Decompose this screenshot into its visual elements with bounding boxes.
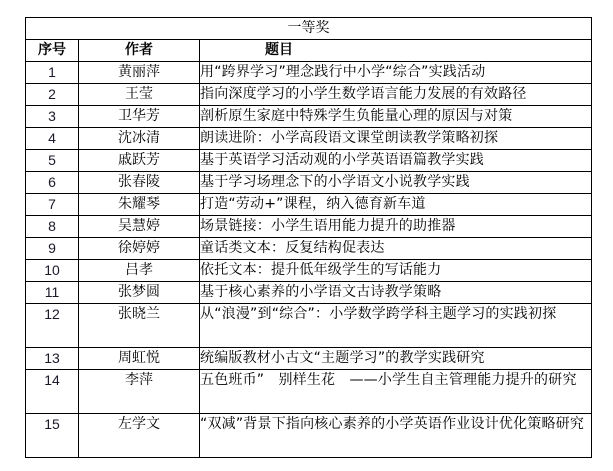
cell-title: 童话类文本：反复结构促表达 xyxy=(200,238,592,260)
award-table: 一等奖 序号 作者 题目 1 黄丽萍 用“跨界学习”理念践行中小学“综合”实践活… xyxy=(25,17,592,458)
table-row: 8 吴慧婷 场景链接：小学生语用能力提升的助推器 xyxy=(26,216,592,238)
cell-no: 8 xyxy=(26,216,79,238)
cell-author: 朱耀琴 xyxy=(79,194,200,216)
cell-title: 朗读进阶：小学高段语文课堂朗读教学策略初探 xyxy=(200,128,592,150)
table-row: 5 戚跃芳 基于英语学习活动观的小学英语语篇教学实践 xyxy=(26,150,592,172)
cell-title: 基于英语学习活动观的小学英语语篇教学实践 xyxy=(200,150,592,172)
cell-title: 场景链接：小学生语用能力提升的助推器 xyxy=(200,216,592,238)
cell-title: 打造“劳动+”课程，纳入德育新车道 xyxy=(200,194,592,216)
cell-title: 五色班币” 别样生花 ——小学生自主管理能力提升的研究 xyxy=(200,370,592,414)
header-title: 题目 xyxy=(200,40,592,62)
cell-no: 3 xyxy=(26,106,79,128)
table-row: 2 王莹 指向深度学习的小学生数学语言能力发展的有效路径 xyxy=(26,84,592,106)
cell-no: 1 xyxy=(26,62,79,84)
header-row: 序号 作者 题目 xyxy=(26,40,592,62)
table-row: 7 朱耀琴 打造“劳动+”课程，纳入德育新车道 xyxy=(26,194,592,216)
table-row: 6 张春陵 基于学习场理念下的小学语文小说教学实践 xyxy=(26,172,592,194)
caption-row: 一等奖 xyxy=(26,18,592,40)
cell-author: 沈冰清 xyxy=(79,128,200,150)
cell-title: “双减”背景下指向核心素养的小学英语作业设计优化策略研究 xyxy=(200,414,592,458)
cell-no: 10 xyxy=(26,260,79,282)
cell-author: 吴慧婷 xyxy=(79,216,200,238)
table-row: 12 张晓兰 从“浪漫”到“综合”：小学数学跨学科主题学习的实践初探 xyxy=(26,304,592,348)
cell-no: 14 xyxy=(26,370,79,414)
cell-no: 2 xyxy=(26,84,79,106)
table-row: 3 卫华芳 剖析原生家庭中特殊学生负能量心理的原因与对策 xyxy=(26,106,592,128)
cell-author: 周虹悦 xyxy=(79,348,200,370)
cell-no: 5 xyxy=(26,150,79,172)
cell-author: 王莹 xyxy=(79,84,200,106)
table-row: 9 徐婷婷 童话类文本：反复结构促表达 xyxy=(26,238,592,260)
cell-no: 4 xyxy=(26,128,79,150)
table-row: 15 左学文 “双减”背景下指向核心素养的小学英语作业设计优化策略研究 xyxy=(26,414,592,458)
cell-author: 黄丽萍 xyxy=(79,62,200,84)
cell-title: 依托文本：提升低年级学生的写话能力 xyxy=(200,260,592,282)
table-row: 11 张梦圆 基于核心素养的小学语文古诗教学策略 xyxy=(26,282,592,304)
cell-author: 左学文 xyxy=(79,414,200,458)
cell-author: 张梦圆 xyxy=(79,282,200,304)
cell-no: 12 xyxy=(26,304,79,348)
cell-title: 指向深度学习的小学生数学语言能力发展的有效路径 xyxy=(200,84,592,106)
cell-no: 9 xyxy=(26,238,79,260)
cell-no: 15 xyxy=(26,414,79,458)
header-author: 作者 xyxy=(79,40,200,62)
cell-no: 13 xyxy=(26,348,79,370)
cell-title: 从“浪漫”到“综合”：小学数学跨学科主题学习的实践初探 xyxy=(200,304,592,348)
table-row: 13 周虹悦 统编版教材小古文“主题学习”的教学实践研究 xyxy=(26,348,592,370)
cell-title: 统编版教材小古文“主题学习”的教学实践研究 xyxy=(200,348,592,370)
cell-author: 吕孝 xyxy=(79,260,200,282)
cell-author: 徐婷婷 xyxy=(79,238,200,260)
table-row: 10 吕孝 依托文本：提升低年级学生的写话能力 xyxy=(26,260,592,282)
table-body: 1 黄丽萍 用“跨界学习”理念践行中小学“综合”实践活动 2 王莹 指向深度学习… xyxy=(26,62,592,458)
cell-author: 卫华芳 xyxy=(79,106,200,128)
cell-title: 用“跨界学习”理念践行中小学“综合”实践活动 xyxy=(200,62,592,84)
cell-author: 李萍 xyxy=(79,370,200,414)
cell-author: 张晓兰 xyxy=(79,304,200,348)
table-row: 1 黄丽萍 用“跨界学习”理念践行中小学“综合”实践活动 xyxy=(26,62,592,84)
cell-author: 戚跃芳 xyxy=(79,150,200,172)
cell-title: 基于学习场理念下的小学语文小说教学实践 xyxy=(200,172,592,194)
header-no: 序号 xyxy=(26,40,79,62)
table-row: 14 李萍 五色班币” 别样生花 ——小学生自主管理能力提升的研究 xyxy=(26,370,592,414)
cell-no: 7 xyxy=(26,194,79,216)
table-caption: 一等奖 xyxy=(26,18,592,40)
cell-title: 基于核心素养的小学语文古诗教学策略 xyxy=(200,282,592,304)
cell-no: 6 xyxy=(26,172,79,194)
table-row: 4 沈冰清 朗读进阶：小学高段语文课堂朗读教学策略初探 xyxy=(26,128,592,150)
cell-author: 张春陵 xyxy=(79,172,200,194)
cell-title: 剖析原生家庭中特殊学生负能量心理的原因与对策 xyxy=(200,106,592,128)
cell-no: 11 xyxy=(26,282,79,304)
